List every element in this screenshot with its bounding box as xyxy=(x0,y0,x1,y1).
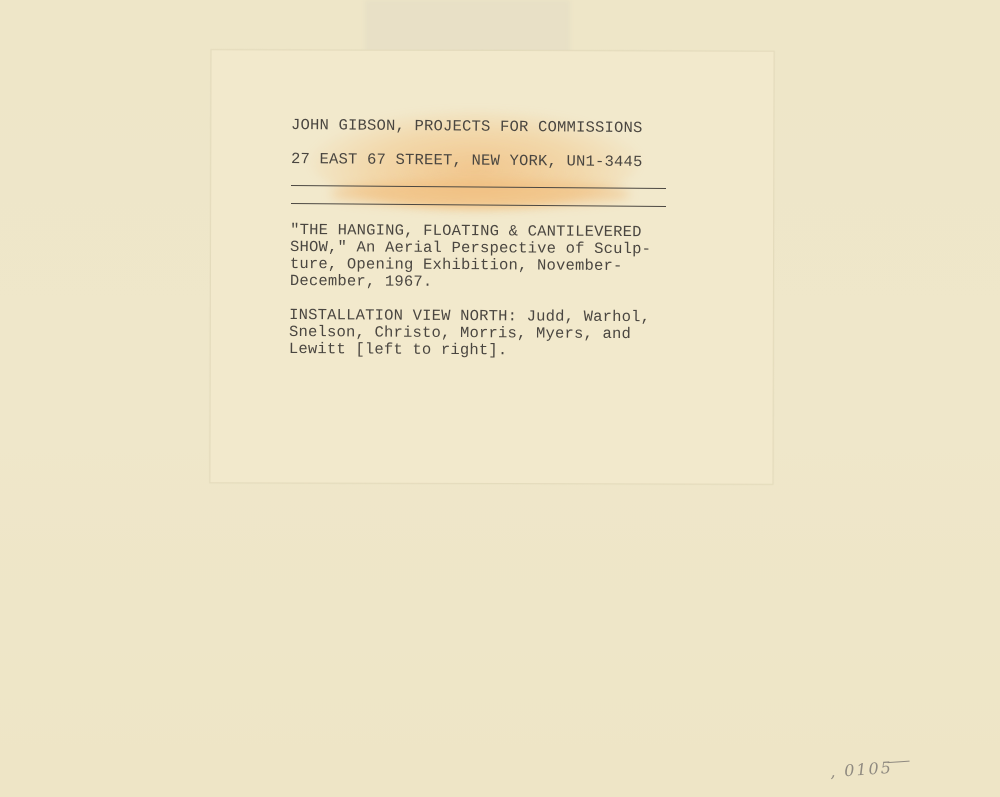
exhibition-description: "THE HANGING, FLOATING & CANTILEVERED SH… xyxy=(290,222,651,292)
handwritten-catalog-number: , 0105 xyxy=(829,758,893,781)
gallery-address: 27 EAST 67 STREET, NEW YORK, UN1-3445 xyxy=(291,151,643,171)
gallery-name: JOHN GIBSON, PROJECTS FOR COMMISSIONS xyxy=(291,117,643,137)
mount-board: JOHN GIBSON, PROJECTS FOR COMMISSIONS 27… xyxy=(0,0,1000,797)
tape-residue xyxy=(365,0,570,55)
installation-caption: INSTALLATION VIEW NORTH: Judd, Warhol, S… xyxy=(289,307,650,360)
